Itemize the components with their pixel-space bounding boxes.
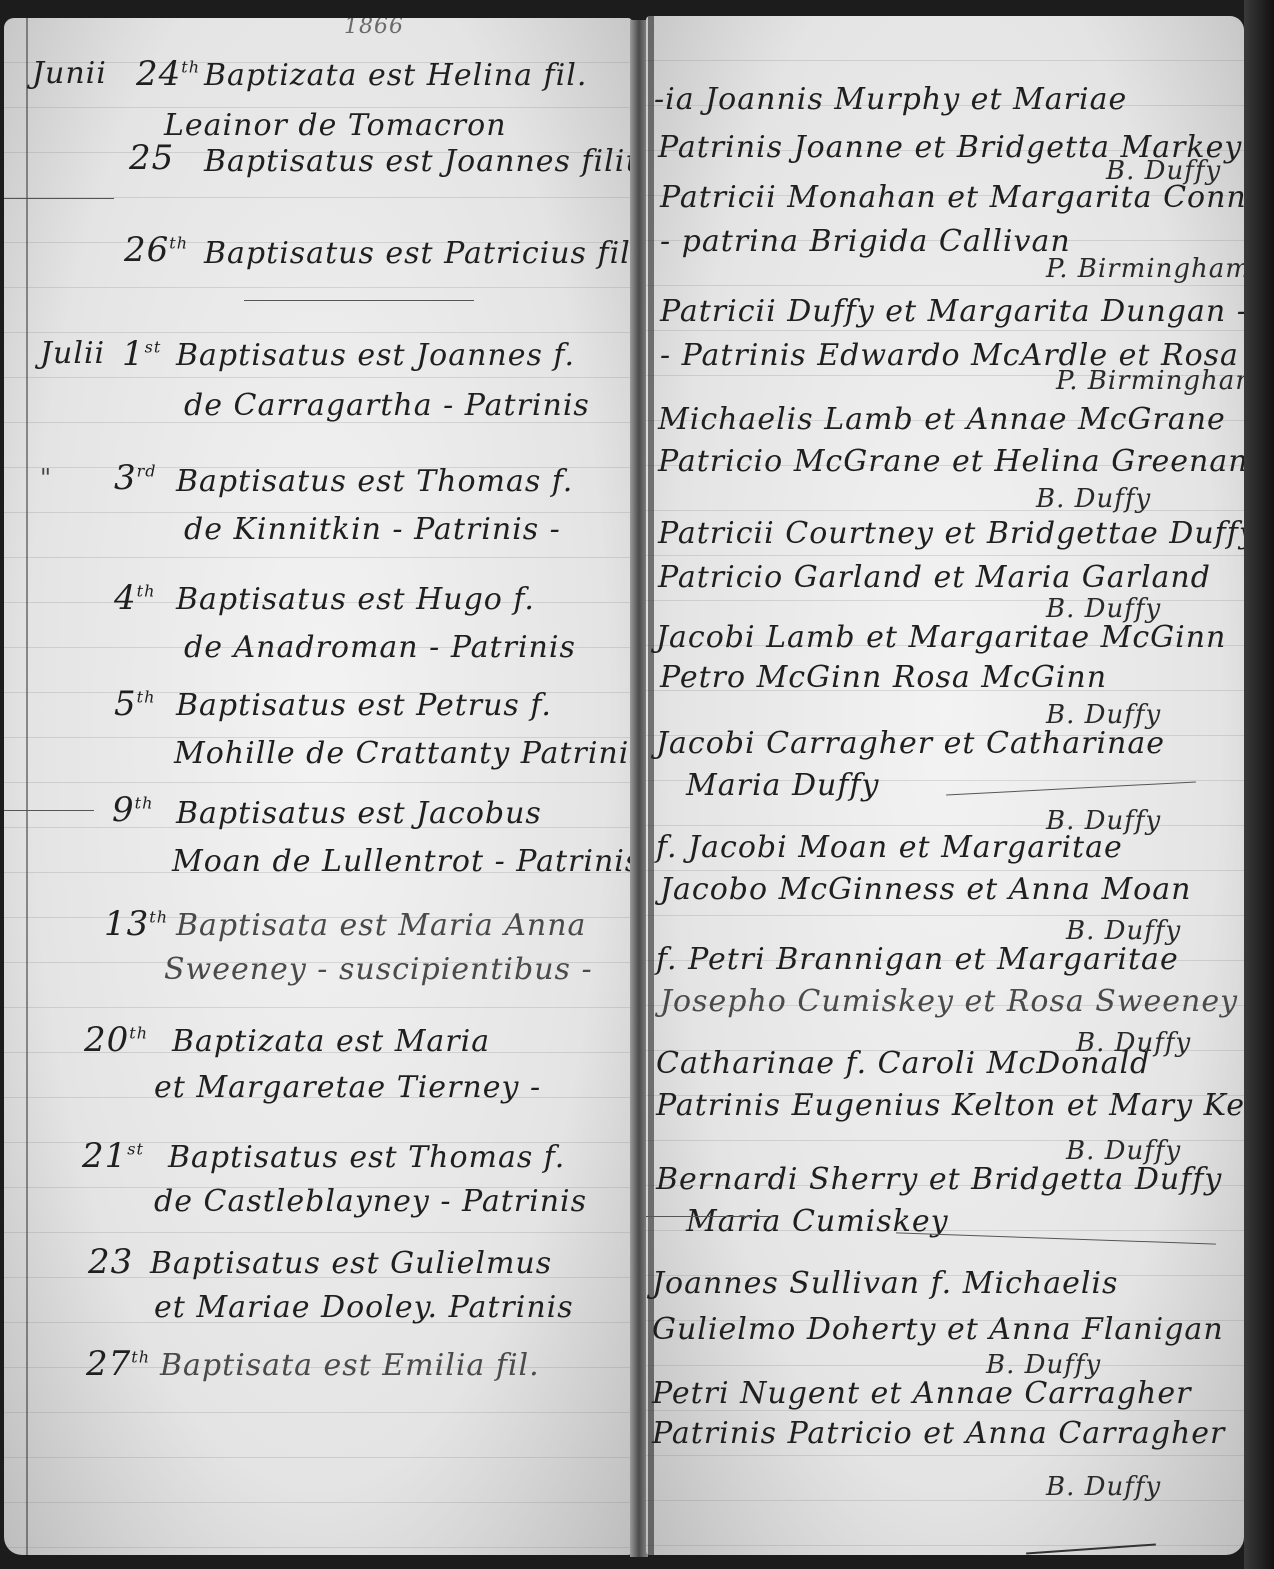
left-page: 1866 Junii 24th Baptizata est Helina fil… bbox=[4, 18, 632, 1555]
entry-line: de Carragartha - Patrinis bbox=[184, 388, 590, 423]
entry-line: Patricio McGrane et Helina Greenan bbox=[658, 444, 1244, 479]
entry-line: et Margaretae Tierney - bbox=[154, 1070, 541, 1105]
entry-line: Patrinis Patricio et Anna Carragher bbox=[652, 1416, 1225, 1451]
divider bbox=[646, 1216, 776, 1217]
entry-line: Patricii Duffy et Margarita Dungan - bbox=[660, 294, 1244, 329]
entry-line: Patrinis Eugenius Kelton et Mary Kelton bbox=[656, 1088, 1244, 1123]
entry-line: f. Jacobi Moan et Margaritae bbox=[656, 830, 1123, 865]
entry-line: Bernardi Sherry et Bridgetta Duffy bbox=[656, 1162, 1222, 1197]
margin-rule bbox=[26, 18, 28, 1555]
entry-day: 23 bbox=[88, 1242, 133, 1282]
entry-line: Baptizata est Helina fil. bbox=[204, 58, 587, 93]
entry-day: 9th bbox=[112, 790, 153, 830]
entry-line: Baptisatus est Patricius filius bbox=[204, 236, 632, 271]
entry-line: Michaelis Lamb et Annae McGrane bbox=[658, 402, 1226, 437]
entry-line: Patricii Monahan et Margarita Connolly bbox=[660, 180, 1244, 215]
entry-line: de Anadroman - Patrinis bbox=[184, 630, 576, 665]
divider bbox=[946, 781, 1196, 795]
entry-line: de Castleblayney - Patrinis bbox=[154, 1184, 587, 1219]
entry-line: Catharinae f. Caroli McDonald bbox=[656, 1046, 1150, 1081]
entry-day: 24th bbox=[136, 54, 200, 94]
right-page: -ia Joannis Murphy et Mariae Patrinis Jo… bbox=[646, 16, 1244, 1555]
priest-signature: B. Duffy bbox=[1046, 1472, 1161, 1502]
book-edge-shadow bbox=[1244, 0, 1274, 1569]
entry-line: de Kinnitkin - Patrinis - bbox=[184, 512, 561, 547]
ditto-mark: " bbox=[40, 464, 52, 492]
entry-line: Moan de Lullentrot - Patrinis bbox=[172, 844, 632, 879]
signature-underline bbox=[1026, 1543, 1156, 1554]
entry-line: Baptisatus est Gulielmus bbox=[150, 1246, 552, 1281]
entry-line: et Mariae Dooley. Patrinis bbox=[154, 1290, 574, 1325]
entry-line: Maria Duffy bbox=[686, 768, 880, 803]
entry-day: 26th bbox=[124, 230, 188, 270]
entry-day: 5th bbox=[114, 684, 155, 724]
entry-month: Julii bbox=[40, 336, 105, 371]
entry-line: Baptisatus est Thomas f. bbox=[176, 464, 573, 499]
entry-line: -ia Joannis Murphy et Mariae bbox=[654, 82, 1127, 117]
year-header: 1866 bbox=[344, 18, 404, 39]
entry-line: Baptisatus est Hugo f. bbox=[176, 582, 535, 617]
entry-line: Baptisatus est Petrus f. bbox=[176, 688, 552, 723]
register-spread: 1866 Junii 24th Baptizata est Helina fil… bbox=[0, 0, 1274, 1569]
entry-day: 1st bbox=[122, 334, 161, 374]
entry-line: Josepho Cumiskey et Rosa Sweeney bbox=[660, 984, 1238, 1019]
entry-line: f. Petri Brannigan et Margaritae bbox=[656, 942, 1179, 977]
entry-line: Jacobi Carragher et Catharinae bbox=[656, 726, 1165, 761]
entry-line: Patricio Garland et Maria Garland bbox=[658, 560, 1211, 595]
divider bbox=[244, 300, 474, 301]
entry-line: Baptisatus est Thomas f. bbox=[168, 1140, 565, 1175]
entry-day: 13th bbox=[104, 904, 168, 944]
entry-line: Baptisata est Emilia fil. bbox=[160, 1348, 540, 1383]
priest-signature: B. Duffy bbox=[1036, 484, 1151, 514]
entry-line: Joannes Sullivan f. Michaelis bbox=[652, 1266, 1118, 1301]
entry-line: Sweeney - suscipientibus - bbox=[164, 952, 593, 987]
entry-line: Gulielmo Doherty et Anna Flanigan bbox=[652, 1312, 1224, 1347]
entry-month: Junii bbox=[32, 56, 107, 91]
entry-line: Baptisatus est Joannes f. bbox=[176, 338, 575, 373]
entry-line: Petri Nugent et Annae Carragher bbox=[652, 1376, 1191, 1411]
entry-day: 21st bbox=[82, 1136, 144, 1176]
entry-line: Baptizata est Maria bbox=[172, 1024, 490, 1059]
entry-line: Baptisata est Maria Anna bbox=[176, 908, 586, 943]
priest-signature: P. Birmingham bbox=[1046, 254, 1244, 284]
entry-line: Jacobi Lamb et Margaritae McGinn bbox=[656, 620, 1226, 655]
entry-day: 3rd bbox=[114, 458, 157, 498]
entry-day: 25 bbox=[129, 138, 174, 178]
entry-line: Mohille de Crattanty Patrinis bbox=[174, 736, 632, 771]
entry-day: 20th bbox=[84, 1020, 148, 1060]
entry-line: Patricii Courtney et Bridgettae Duffy bbox=[658, 516, 1244, 551]
divider bbox=[4, 810, 94, 811]
entry-line: Leainor de Tomacron bbox=[164, 108, 507, 143]
entry-line: Petro McGinn Rosa McGinn bbox=[660, 660, 1107, 695]
entry-line: Baptisatus est Joannes filius bbox=[204, 144, 632, 179]
entry-day: 4th bbox=[114, 578, 155, 618]
entry-line: - patrina Brigida Callivan bbox=[660, 224, 1071, 259]
priest-signature: P. Birmingham bbox=[1056, 366, 1244, 396]
entry-line: Jacobo McGinness et Anna Moan bbox=[660, 872, 1191, 907]
entry-day: 27th bbox=[86, 1344, 150, 1384]
divider bbox=[4, 198, 114, 199]
entry-line: Baptisatus est Jacobus bbox=[176, 796, 542, 831]
